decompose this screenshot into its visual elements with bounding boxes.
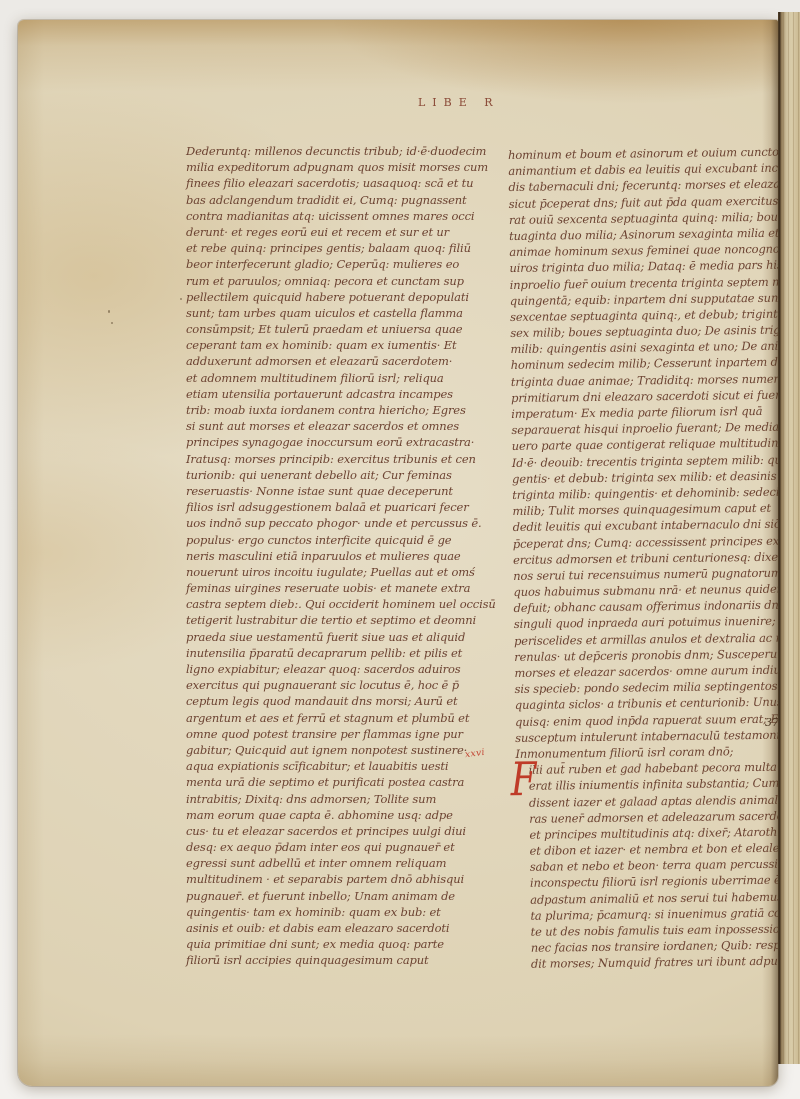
manuscript-text-line: pugnauer̄. et fuerunt inbello; Unam anim… (186, 888, 490, 904)
manuscript-text-line: dit morses; Numquid fratres uri ibunt ad… (518, 953, 800, 973)
manuscript-text-line: beor interfecerunt gladio; Ceperūq: muli… (186, 256, 490, 272)
manuscript-text-line: nouerunt uiros incoitu iugulate; Puellas… (186, 564, 490, 580)
ink-speck (111, 322, 113, 324)
manuscript-text-line: multitudinem · et separabis partem dnō a… (186, 871, 490, 887)
manuscript-text-line: inutensilia p̄paratū decaprarum pellib: … (186, 645, 490, 661)
chapter-section: F ilii aut̄ ruben et gad habebant pecora… (516, 759, 800, 973)
manuscript-text-line: bas adclangendum tradidit ei, Cumq: pugn… (186, 192, 490, 208)
manuscript-text-line: populus· ergo cunctos interficite quicqu… (186, 532, 490, 548)
manuscript-text-line: sunt; tam urbes quam uiculos et castella… (186, 305, 490, 321)
manuscript-text-line: argentum et aes et ferrū et stagnum et p… (186, 710, 490, 726)
text-column-right: hominum et boum et asinorum et ouium cun… (508, 143, 800, 972)
folio-number-mark: 37 (765, 716, 779, 729)
manuscript-text-line: etiam utensilia portauerunt adcastra inc… (186, 386, 490, 402)
manuscript-text-line: filiorū isrl accipies quinquagesimum cap… (186, 952, 490, 968)
manuscript-text-line: finees filio eleazari sacerdotis; uasaqu… (186, 175, 490, 191)
manuscript-text-line: omne quod potest transire per flammas ig… (186, 726, 490, 742)
manuscript-text-line: ceptum legis quod mandauit dns morsi; Au… (186, 693, 490, 709)
manuscript-text-line: Dederuntq: millenos decunctis tribub; id… (186, 143, 490, 159)
text-column-left: Dederuntq: millenos decunctis tribub; id… (186, 143, 490, 969)
manuscript-text-line: neris masculini etiā inparuulos et mulie… (186, 548, 490, 564)
column-right-lower: ilii aut̄ ruben et gad habebant pecora m… (516, 759, 800, 973)
manuscript-text-line: principes synagogae inoccursum eorū extr… (186, 434, 490, 450)
book-gutter-page-edges (778, 12, 800, 1064)
manuscript-text-line: consūmpsit; Et tulerū praedam et uniuers… (186, 321, 490, 337)
manuscript-text-line: reseruastis· Nonne istae sunt quae decep… (186, 483, 490, 499)
manuscript-text-line: egressi sunt adbellū et inter omnem reli… (186, 855, 490, 871)
manuscript-text-line: desq: ex aequo p̄dam inter eos qui pugna… (186, 839, 490, 855)
manuscript-text-line: ceperant tam ex hominib: quam ex iumenti… (186, 337, 490, 353)
manuscript-text-line: et rebe quinq: principes gentis; balaam … (186, 240, 490, 256)
ink-speck (108, 310, 110, 313)
manuscript-text-line: milia expeditorum adpugnam quos misit mo… (186, 159, 490, 175)
manuscript-text-line: feminas uirgines reseruate uobis· et man… (186, 580, 490, 596)
manuscript-text-line: et adomnem multitudinem filiorū isrl; re… (186, 370, 490, 386)
manuscript-text-line: tetigerit lustrabitur die tertio et sept… (186, 612, 490, 628)
manuscript-text-line: turionib: qui uenerant debello ait; Cur … (186, 467, 490, 483)
manuscript-text-line: gabitur; Quicquid aut ignem nonpotest su… (186, 742, 490, 758)
manuscript-text-line: intrabitis; Dixitq: dns admorsen; Tollit… (186, 791, 490, 807)
manuscript-text-line: trib: moab iuxta iordanem contra hierich… (186, 402, 490, 418)
manuscript-text-line: castra septem dieb:. Qui occiderit homin… (186, 596, 490, 612)
column-right-upper: hominum et boum et asinorum et ouium cun… (508, 143, 800, 762)
manuscript-text-line: mam eorum quae capta ē. abhomine usq: ad… (186, 807, 490, 823)
manuscript-text-line: quingentis· tam ex hominib: quam ex bub:… (186, 904, 490, 920)
photo-backdrop: LIBE R Dederuntq: millenos decunctis tri… (0, 0, 800, 1099)
manuscript-text-line: asinis et ouib: et dabis eam eleazaro sa… (186, 920, 490, 936)
manuscript-text-line: praeda siue uestamentū fuerit siue uas e… (186, 629, 490, 645)
manuscript-text-line: filios isrl adsuggestionem balaā et puar… (186, 499, 490, 515)
manuscript-text-line: adduxerunt admorsen et eleazarū sacerdot… (186, 353, 490, 369)
manuscript-text-line: contra madianitas atq: uicissent omnes m… (186, 208, 490, 224)
manuscript-text-line: ligno expiabitur; eleazar quoq: sacerdos… (186, 661, 490, 677)
manuscript-text-line: menta urā die septimo et purificati post… (186, 774, 490, 790)
manuscript-text-line: Iratusq: morses principib: exercitus tri… (186, 451, 490, 467)
ink-speck (180, 298, 182, 300)
manuscript-text-line: si sunt aut morses et eleazar sacerdos e… (186, 418, 490, 434)
manuscript-text-line: derunt· et reges eorū eui et recem et su… (186, 224, 490, 240)
manuscript-text-line: susceptum intulerunt intabernaculū testa… (515, 726, 800, 746)
manuscript-text-line: uos indnō sup peccato phogor· unde et pe… (186, 515, 490, 531)
manuscript-text-line: aqua expiationis scīficabitur; et lauabi… (186, 758, 490, 774)
manuscript-text-line: quia primitiae dni sunt; ex media quoq: … (186, 936, 490, 952)
manuscript-text-line: cus· tu et eleazar sacerdos et principes… (186, 823, 490, 839)
parchment-page: LIBE R Dederuntq: millenos decunctis tri… (18, 20, 778, 1086)
manuscript-text-line: exercitus qui pugnauerant sic locutus ē,… (186, 677, 490, 693)
manuscript-text-line: rum et paruulos; omniaq: pecora et cunct… (186, 273, 490, 289)
manuscript-text-line: pellectilem quicquid habere potuerant de… (186, 289, 490, 305)
running-header: LIBE R (418, 96, 578, 109)
drop-cap-initial: F (510, 759, 536, 802)
